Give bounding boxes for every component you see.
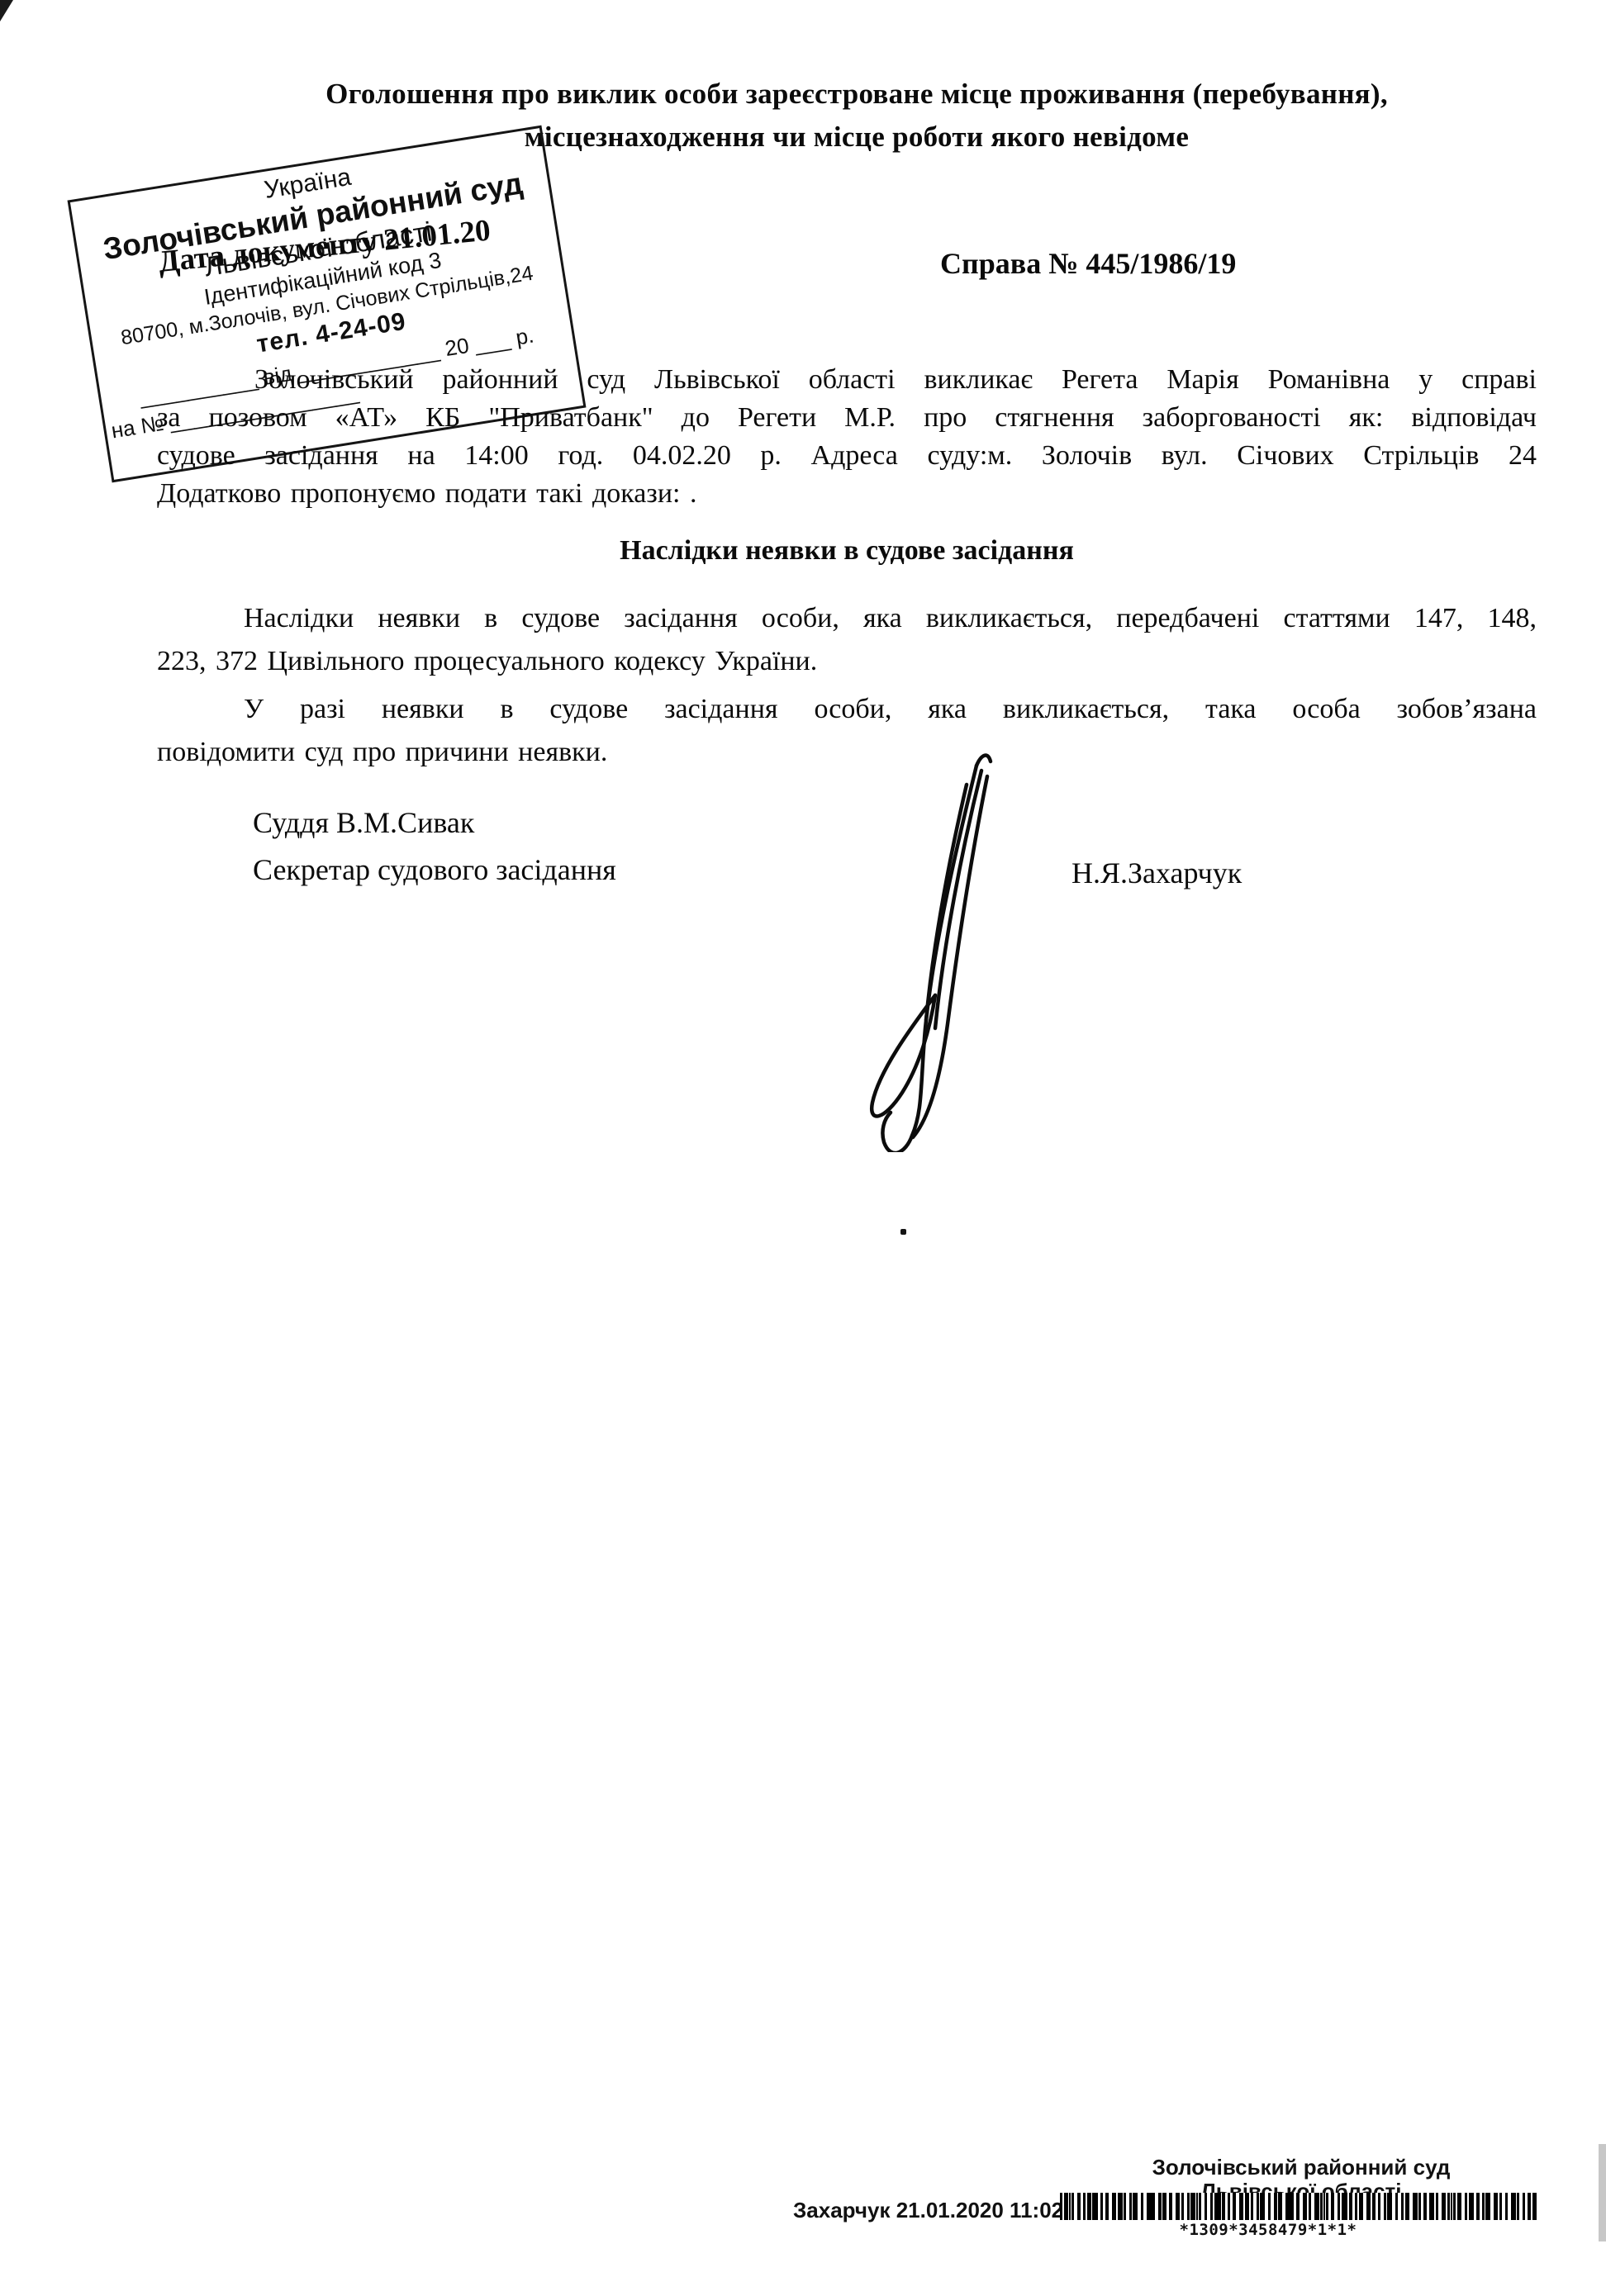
footer-signing-info: Захарчук 21.01.2020 11:02:06 (793, 2198, 1056, 2223)
case-number: Справа № 445/1986/19 (940, 246, 1236, 281)
paragraph2-line1: У разі неявки в судове засідання особи, … (157, 688, 1537, 731)
scanned-court-document: Оголошення про виклик особи зареєстрован… (0, 0, 1606, 2296)
secretary-label: Секретар судового засідання (253, 852, 616, 887)
document-title-line1: Оголошення про виклик особи зареєстрован… (157, 73, 1556, 116)
summons-text: Золочівський районний суд Львівської обл… (157, 361, 1537, 513)
summons-line-3: судове засідання на 14:00 год. 04.02.20 … (157, 437, 1537, 475)
paragraph1-line1: Наслідки неявки в судове засідання особи… (157, 597, 1537, 640)
barcode (1060, 2193, 1537, 2220)
secretary-name: Н.Я.Захарчук (1071, 856, 1242, 890)
ink-dot (900, 1229, 906, 1235)
summons-line-2: за позовом «АТ» КБ "Приватбанк" до Регет… (157, 399, 1537, 437)
consequences-paragraph-1: Наслідки неявки в судове засідання особи… (157, 597, 1537, 683)
barcode-caption: *1309*3458479*1*1* (1140, 2221, 1396, 2239)
section-heading: Наслідки неявки в судове засідання (157, 535, 1537, 567)
summons-line-1: Золочівський районний суд Львівської обл… (157, 361, 1537, 399)
footer-court-line1: Золочівський районний суд (1066, 2156, 1537, 2180)
judge-name: Суддя В.М.Сивак (253, 805, 474, 840)
signature-scribble (843, 747, 1000, 1152)
scan-artifact-edge (1599, 2144, 1606, 2241)
summons-line-4: Додатково пропонуємо подати такі докази:… (157, 475, 1537, 513)
paragraph1-line2: 223, 372 Цивільного процесуального кодек… (157, 640, 1537, 683)
document-title: Оголошення про виклик особи зареєстрован… (157, 73, 1556, 159)
scan-artifact-corner (0, 0, 13, 21)
